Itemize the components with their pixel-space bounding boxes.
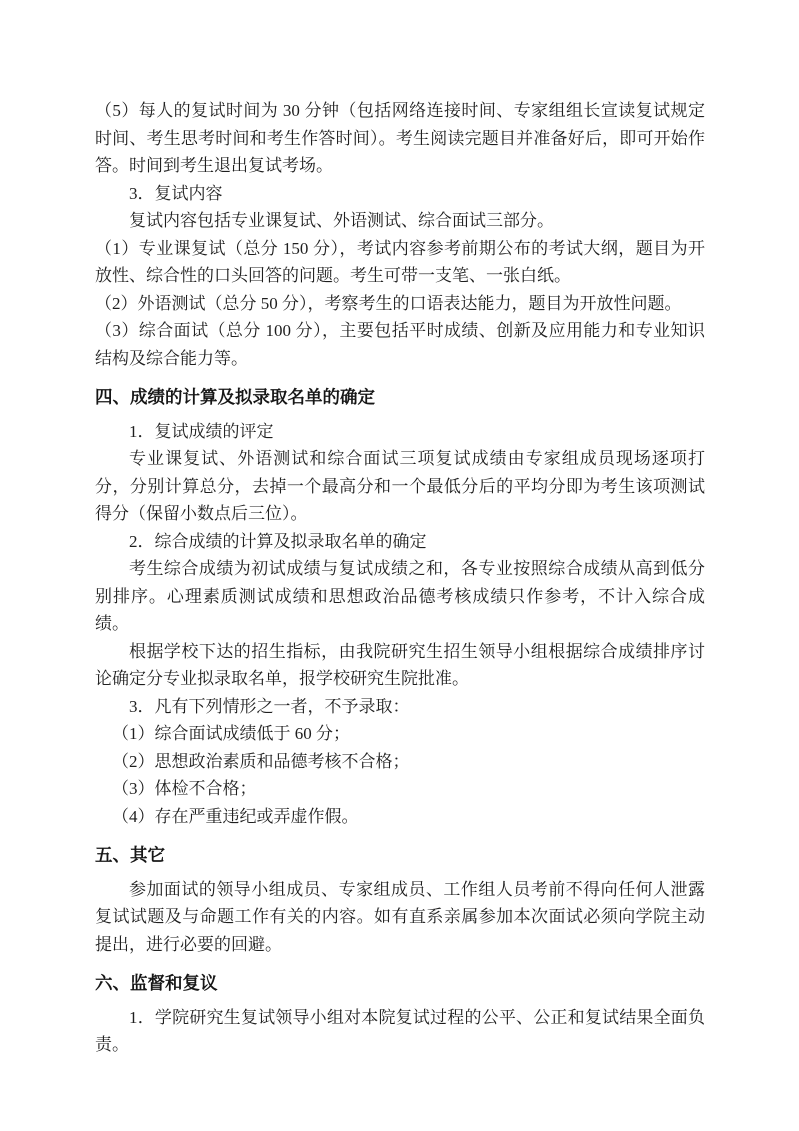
para-admission-list: 根据学校下达的招生指标，由我院研究生招生领导小组根据综合成绩排序讨论确定分专业拟…: [95, 638, 705, 693]
para-score-evaluation-detail: 专业课复试、外语测试和综合面试三项复试成绩由专家组成员现场逐项打分，分别计算总分…: [95, 445, 705, 528]
item-foreign-language-test: （2）外语测试（总分 50 分），考察考生的口语表达能力，题目为开放性问题。: [95, 290, 705, 318]
item-comprehensive-interview: （3）综合面试（总分 100 分），主要包括平时成绩、创新及应用能力和专业知识结…: [95, 317, 705, 372]
para-confidentiality: 参加面试的领导小组成员、专家组成员、工作组人员考前不得向任何人泄露复试试题及与命…: [95, 876, 705, 959]
item-rejection-conditions-title: 3．凡有下列情形之一者，不予录取：: [95, 693, 705, 721]
item-score-evaluation-title: 1．复试成绩的评定: [95, 418, 705, 446]
para-interview-duration: （5）每人的复试时间为 30 分钟（包括网络连接时间、专家组组长宣读复试规定时间…: [95, 97, 705, 180]
para-supervision-responsibility: 1．学院研究生复试领导小组对本院复试过程的公平、公正和复试结果全面负责。: [95, 1004, 705, 1059]
item-rejection-3: （3）体检不合格；: [95, 775, 705, 803]
item-rejection-4: （4）存在严重违纪或弄虚作假。: [95, 803, 705, 831]
item-comprehensive-score-title: 2．综合成绩的计算及拟录取名单的确定: [95, 528, 705, 556]
item-rejection-2: （2）思想政治素质和品德考核不合格；: [95, 748, 705, 776]
para-comprehensive-score-detail: 考生综合成绩为初试成绩与复试成绩之和，各专业按照综合成绩从高到低分别排序。心理素…: [95, 555, 705, 638]
heading-section-5: 五、其它: [95, 842, 705, 870]
document-page: （5）每人的复试时间为 30 分钟（包括网络连接时间、专家组组长宣读复试规定时间…: [0, 0, 799, 1131]
heading-section-4: 四、成绩的计算及拟录取名单的确定: [95, 384, 705, 412]
para-interview-content-parts: 复试内容包括专业课复试、外语测试、综合面试三部分。: [95, 207, 705, 235]
item-interview-content-title: 3．复试内容: [95, 180, 705, 208]
heading-section-6: 六、监督和复议: [95, 970, 705, 998]
item-professional-course-test: （1）专业课复试（总分 150 分），考试内容参考前期公布的考试大纲，题目为开放…: [95, 235, 705, 290]
item-rejection-1: （1）综合面试成绩低于 60 分；: [95, 720, 705, 748]
